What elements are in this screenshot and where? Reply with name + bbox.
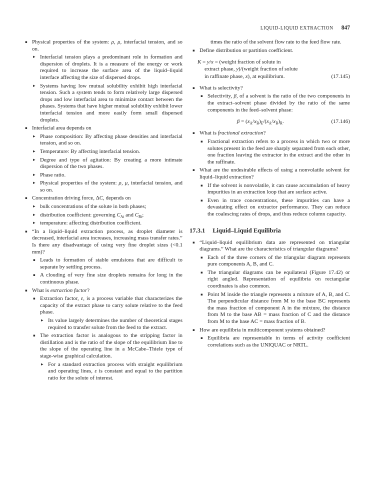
list-item-text: Phase composition: By affecting phase de…: [40, 133, 183, 147]
list-item-text: Degree and type of agitation: By creatin…: [40, 157, 183, 171]
list-item: ▪“Liquid–liquid equilibrium data are rep…: [193, 239, 351, 253]
list-item-text: Interfacial area depends on: [32, 125, 183, 132]
list-item-text: Physical properties of the system: ρ, μ,…: [40, 180, 183, 194]
square-bullet-icon: ▪: [25, 39, 32, 53]
arrow-bullet-icon: ▸: [33, 83, 40, 124]
list-item: ▪What are the undesirable effects of usi…: [193, 167, 351, 181]
square-bullet-icon: ▪: [201, 138, 208, 165]
two-column-body: ▪Physical properties of the system: ρ, μ…: [0, 31, 370, 383]
list-item: ▪A clouding of very fine size droplets r…: [33, 272, 183, 286]
list-item-text: Selectivity, β, of a solvent is the rati…: [208, 93, 351, 113]
list-item: ▪Selectivity, β, of a solvent is the rat…: [201, 93, 351, 113]
list-item: ▪“In a liquid–liquid extraction process,…: [25, 228, 183, 255]
list-item-text: The extraction factor is analogous to th…: [40, 333, 183, 360]
square-bullet-icon: ▪: [201, 269, 208, 289]
list-item: ▪Extraction factor, ε, is a process vari…: [33, 296, 183, 316]
right-column: times the ratio of the solvent flow rate…: [190, 39, 351, 383]
list-item: ▪If the solvent is nonvolatile, it can c…: [201, 182, 351, 196]
page-content: LIQUID-LIQUID EXTRACTION 847 ▪Physical p…: [0, 0, 370, 480]
list-item-text: How are equilibria in multicomponent sys…: [200, 327, 351, 334]
equation-number: (17.146): [331, 118, 350, 125]
list-item: ▸temperature: affecting distribution coe…: [33, 220, 183, 227]
list-item-text: temperature: affecting distribution coef…: [40, 220, 183, 227]
arrow-bullet-icon: ▸: [33, 54, 40, 81]
list-item-text: What are the undesirable effects of usin…: [200, 167, 351, 181]
list-item-text: A clouding of very fine size droplets re…: [40, 272, 183, 286]
list-item: ▪Even in trace concentrations, these imp…: [201, 197, 351, 217]
square-bullet-icon: ▪: [193, 239, 200, 253]
equation: (17.146)β = (xA/xB)E/(xA/xB)R.: [190, 118, 351, 125]
arrow-bullet-icon: ▸: [41, 317, 48, 331]
square-bullet-icon: ▪: [201, 254, 208, 268]
list-item-text: Temperature: By affecting interfacial te…: [40, 148, 183, 155]
list-item-text: “In a liquid–liquid extraction process, …: [32, 228, 183, 255]
list-item-text: Point M inside the triangle represents a…: [208, 291, 351, 325]
square-bullet-icon: ▪: [33, 333, 40, 360]
list-item: ▸Phase ratio.: [33, 172, 183, 179]
page-header: LIQUID-LIQUID EXTRACTION 847: [0, 0, 370, 31]
arrow-bullet-icon: ▸: [33, 180, 40, 194]
list-item-text: Interfacial tension plays a predominant …: [40, 54, 183, 81]
square-bullet-icon: ▪: [201, 93, 208, 113]
arrow-bullet-icon: ▸: [33, 148, 40, 155]
arrow-bullet-icon: ▸: [41, 361, 48, 381]
square-bullet-icon: ▪: [193, 47, 200, 54]
list-item: ▪Concentration driving force, ΔC, depend…: [25, 195, 183, 202]
list-item: ▪Each of the three corners of the triang…: [201, 254, 351, 268]
list-item-text: Systems having low mutual solubility exh…: [40, 83, 183, 124]
square-bullet-icon: ▪: [193, 167, 200, 181]
list-item: ▪What is extraction factor?: [25, 287, 183, 294]
list-item-text: Concentration driving force, ΔC, depends…: [32, 195, 183, 202]
list-item: ▪Leads to formation of stable emulsions …: [33, 257, 183, 271]
list-item-text: Extraction factor, ε, is a process varia…: [40, 296, 183, 316]
list-item: ▸distribution coefficient: governing CAi…: [33, 212, 183, 219]
list-item-text: Even in trace concentrations, these impu…: [208, 197, 351, 217]
list-item: ▸Interfacial tension plays a predominant…: [33, 54, 183, 81]
list-item-text: The triangular diagrams can be equilater…: [208, 269, 351, 289]
left-column: ▪Physical properties of the system: ρ, μ…: [22, 39, 183, 383]
list-item: ▪What is fractional extraction?: [193, 130, 351, 137]
list-item-text: What is extraction factor?: [32, 287, 183, 294]
arrow-bullet-icon: ▸: [33, 133, 40, 147]
equation-line: extract phase, y)/(weight fraction of so…: [205, 66, 351, 73]
square-bullet-icon: ▪: [33, 272, 40, 286]
section-heading: 17.3.1Liquid–Liquid Equilibria: [190, 227, 351, 235]
list-item: ▪Physical properties of the system: ρ, μ…: [25, 39, 183, 53]
square-bullet-icon: ▪: [193, 130, 200, 137]
list-item-text: Its value largely determines the number …: [48, 317, 183, 331]
list-item: ▪What is selectivity?: [193, 85, 351, 92]
document-page: LIQUID-LIQUID EXTRACTION 847 ▪Physical p…: [0, 0, 370, 480]
list-item-text: Equilibria are representable in terms of…: [208, 335, 351, 349]
square-bullet-icon: ▪: [25, 195, 32, 202]
list-item: ▸bulk concentrations of the solute in bo…: [33, 204, 183, 211]
arrow-bullet-icon: ▸: [33, 157, 40, 171]
square-bullet-icon: ▪: [201, 182, 208, 196]
list-item: ▪How are equilibria in multicomponent sy…: [193, 327, 351, 334]
equation-line: (17.146)β = (xA/xB)E/(xA/xB)R.: [190, 118, 351, 125]
list-item: ▪Point M inside the triangle represents …: [201, 291, 351, 325]
page-number: 847: [341, 25, 350, 31]
paragraph-continuation: times the ratio of the solvent flow rate…: [211, 39, 351, 46]
equation-line: (17.145)in raffinate phase, x), at equil…: [205, 73, 351, 80]
square-bullet-icon: ▪: [25, 287, 32, 294]
square-bullet-icon: ▪: [25, 125, 32, 132]
list-item-text: Leads to formation of stable emulsions t…: [40, 257, 183, 271]
square-bullet-icon: ▪: [201, 335, 208, 349]
arrow-bullet-icon: ▸: [33, 212, 40, 219]
list-item: ▸Degree and type of agitation: By creati…: [33, 157, 183, 171]
list-item-text: Fractional extraction refers to a proces…: [208, 138, 351, 165]
list-item-text: times the ratio of the solvent flow rate…: [211, 39, 351, 46]
section-title: Liquid–Liquid Equilibria: [213, 227, 281, 235]
equation: K = y/x = (weight fraction of solute ine…: [190, 59, 351, 80]
section-number: 17.3.1: [190, 227, 206, 235]
list-item: ▸Systems having low mutual solubility ex…: [33, 83, 183, 124]
list-item: ▪Fractional extraction refers to a proce…: [201, 138, 351, 165]
equation-number: (17.145): [331, 73, 350, 80]
square-bullet-icon: ▪: [193, 327, 200, 334]
list-item: ▸Its value largely determines the number…: [41, 317, 183, 331]
arrow-bullet-icon: ▸: [33, 204, 40, 211]
list-item: ▸For a standard extraction process with …: [41, 361, 183, 381]
arrow-bullet-icon: ▸: [33, 220, 40, 227]
square-bullet-icon: ▪: [33, 257, 40, 271]
list-item-text: For a standard extraction process with s…: [48, 361, 183, 381]
arrow-bullet-icon: ▸: [33, 172, 40, 179]
square-bullet-icon: ▪: [201, 197, 208, 217]
running-head: LIQUID-LIQUID EXTRACTION: [260, 26, 333, 31]
list-item: ▪Define distribution or partition coeffi…: [193, 47, 351, 54]
list-item-text: Each of the three corners of the triangu…: [208, 254, 351, 268]
list-item-text: Physical properties of the system: ρ, μ,…: [32, 39, 183, 53]
square-bullet-icon: ▪: [201, 291, 208, 325]
list-item-text: Phase ratio.: [40, 172, 183, 179]
list-item: ▪Equilibria are representable in terms o…: [201, 335, 351, 349]
list-item-text: What is fractional extraction?: [200, 130, 351, 137]
list-item: ▪Interfacial area depends on: [25, 125, 183, 132]
square-bullet-icon: ▪: [25, 228, 32, 255]
list-item-text: Define distribution or partition coeffic…: [200, 47, 351, 54]
list-item: ▪The extraction factor is analogous to t…: [33, 333, 183, 360]
list-item-text: bulk concentrations of the solute in bot…: [40, 204, 183, 211]
list-item-text: “Liquid–liquid equilibrium data are repr…: [200, 239, 351, 253]
list-item: ▪The triangular diagrams can be equilate…: [201, 269, 351, 289]
list-item-text: distribution coefficient: governing CAi …: [40, 212, 183, 219]
list-item: ▸Phase composition: By affecting phase d…: [33, 133, 183, 147]
square-bullet-icon: ▪: [193, 85, 200, 92]
equation-line: K = y/x = (weight fraction of solute in: [198, 59, 351, 66]
list-item-text: What is selectivity?: [200, 85, 351, 92]
list-item: ▸Physical properties of the system: ρ, μ…: [33, 180, 183, 194]
square-bullet-icon: ▪: [33, 296, 40, 316]
list-item-text: If the solvent is nonvolatile, it can ca…: [208, 182, 351, 196]
list-item: ▸Temperature: By affecting interfacial t…: [33, 148, 183, 155]
